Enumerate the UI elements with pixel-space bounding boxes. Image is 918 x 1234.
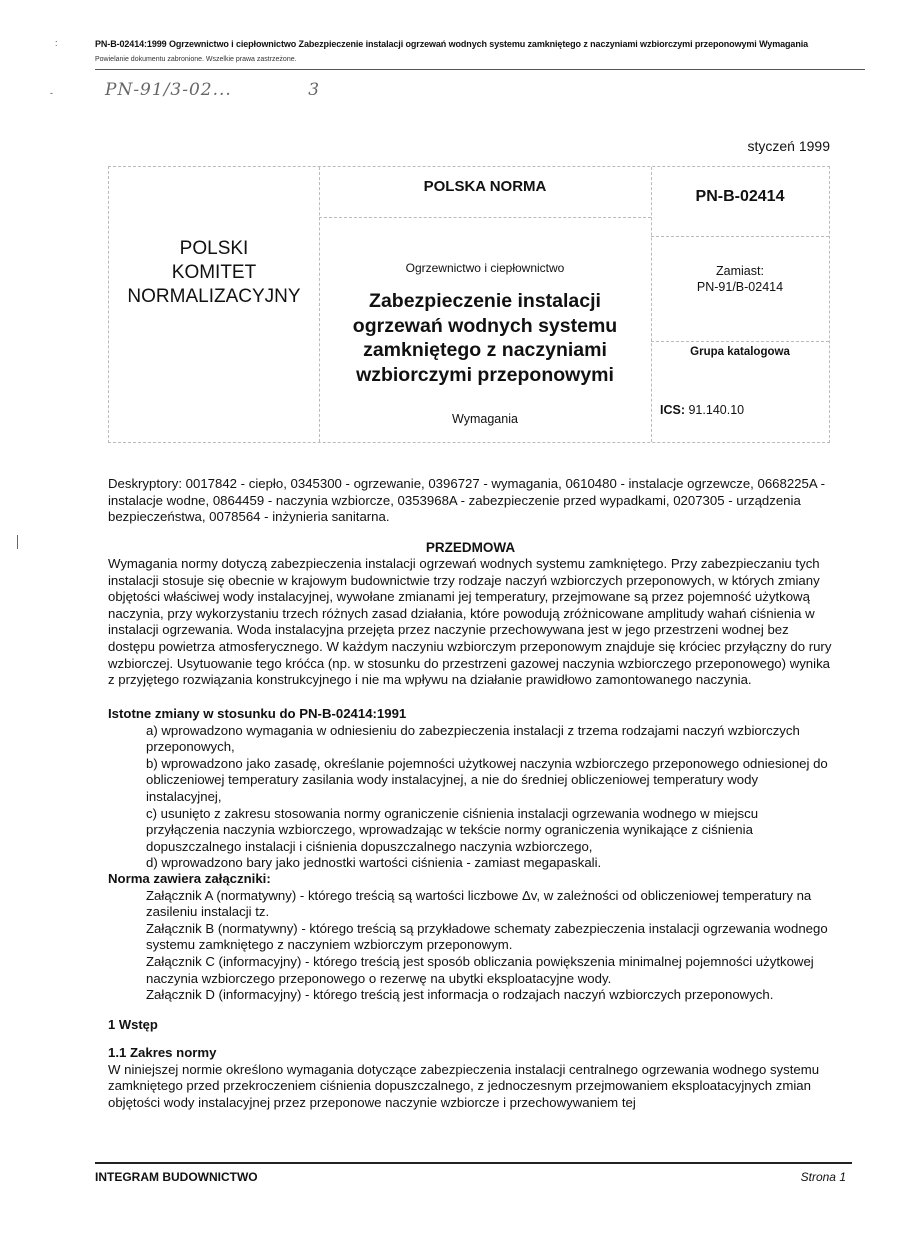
subsection-text: W niniejszej normie określono wymagania … xyxy=(108,1062,833,1112)
running-title: PN-B-02414:1999 Ogrzewnictwo i ciepłowni… xyxy=(95,39,808,49)
annex-item: Załącznik D (informacyjny) - którego tre… xyxy=(108,987,833,1004)
changes-section: Istotne zmiany w stosunku do PN-B-02414:… xyxy=(108,706,833,872)
handwritten-annotation: PN-91/3-02... 3 xyxy=(105,80,320,100)
committee-cell: POLSKI KOMITET NORMALIZACYJNY xyxy=(109,167,320,442)
handwritten-note: PN-91/3-02... xyxy=(105,80,232,100)
scan-mark: : xyxy=(55,38,58,48)
ics-code: ICS: 91.140.10 xyxy=(660,403,744,417)
section-heading: 1 Wstęp xyxy=(108,1017,833,1034)
change-item: b) wprowadzono jako zasadę, określanie p… xyxy=(108,756,833,806)
preface-text: Wymagania normy dotyczą zabezpieczenia i… xyxy=(108,556,833,689)
title-block: POLSKI KOMITET NORMALIZACYJNY POLSKA NOR… xyxy=(108,166,830,443)
changes-heading: Istotne zmiany w stosunku do PN-B-02414:… xyxy=(108,706,833,723)
standard-type: POLSKA NORMA xyxy=(319,167,651,195)
footer-publisher: INTEGRAM BUDOWNICTWO xyxy=(95,1170,258,1184)
change-item: a) wprowadzono wymagania w odniesieniu d… xyxy=(108,723,833,756)
publication-date: styczeń 1999 xyxy=(748,138,831,154)
replaces: Zamiast: PN-91/B-02414 xyxy=(651,236,829,342)
document-subtitle: Wymagania xyxy=(319,412,651,426)
subsection: 1.1 Zakres normy W niniejszej normie okr… xyxy=(108,1045,833,1111)
preface-heading: PRZEDMOWA xyxy=(108,540,833,555)
page-number: Strona 1 xyxy=(801,1170,846,1184)
annexes-section: Norma zawiera załączniki: Załącznik A (n… xyxy=(108,871,833,1004)
scan-mark: - xyxy=(50,88,53,98)
catalog-group-label: Grupa katalogowa xyxy=(651,346,829,358)
scan-mark xyxy=(17,535,18,549)
change-item: d) wprowadzono bary jako jednostki warto… xyxy=(108,855,833,872)
copyright-notice: Powielanie dokumentu zabronione. Wszelki… xyxy=(95,56,297,63)
committee-name: POLSKI KOMITET NORMALIZACYJNY xyxy=(109,237,319,309)
annex-item: Załącznik B (normatywny) - którego treśc… xyxy=(108,921,833,954)
category: Ogrzewnictwo i ciepłownictwo xyxy=(319,261,651,275)
standard-code: PN-B-02414 xyxy=(651,167,829,206)
header-divider xyxy=(95,69,865,70)
footer-divider xyxy=(95,1162,852,1164)
annexes-heading: Norma zawiera załączniki: xyxy=(108,871,833,888)
annex-item: Załącznik A (normatywny) - którego treśc… xyxy=(108,888,833,921)
title-cell: POLSKA NORMA Ogrzewnictwo i ciepłownictw… xyxy=(319,167,652,442)
descriptors: Deskryptory: 0017842 - ciepło, 0345300 -… xyxy=(108,476,833,526)
document-title: Zabezpieczenie instalacji ogrzewań wodny… xyxy=(319,289,651,387)
change-item: c) usunięto z zakresu stosowania normy o… xyxy=(108,806,833,856)
code-cell: PN-B-02414 Zamiast: PN-91/B-02414 Grupa … xyxy=(651,167,829,442)
annex-item: Załącznik C (informacyjny) - którego tre… xyxy=(108,954,833,987)
handwritten-number: 3 xyxy=(308,80,320,100)
subsection-heading: 1.1 Zakres normy xyxy=(108,1045,833,1062)
